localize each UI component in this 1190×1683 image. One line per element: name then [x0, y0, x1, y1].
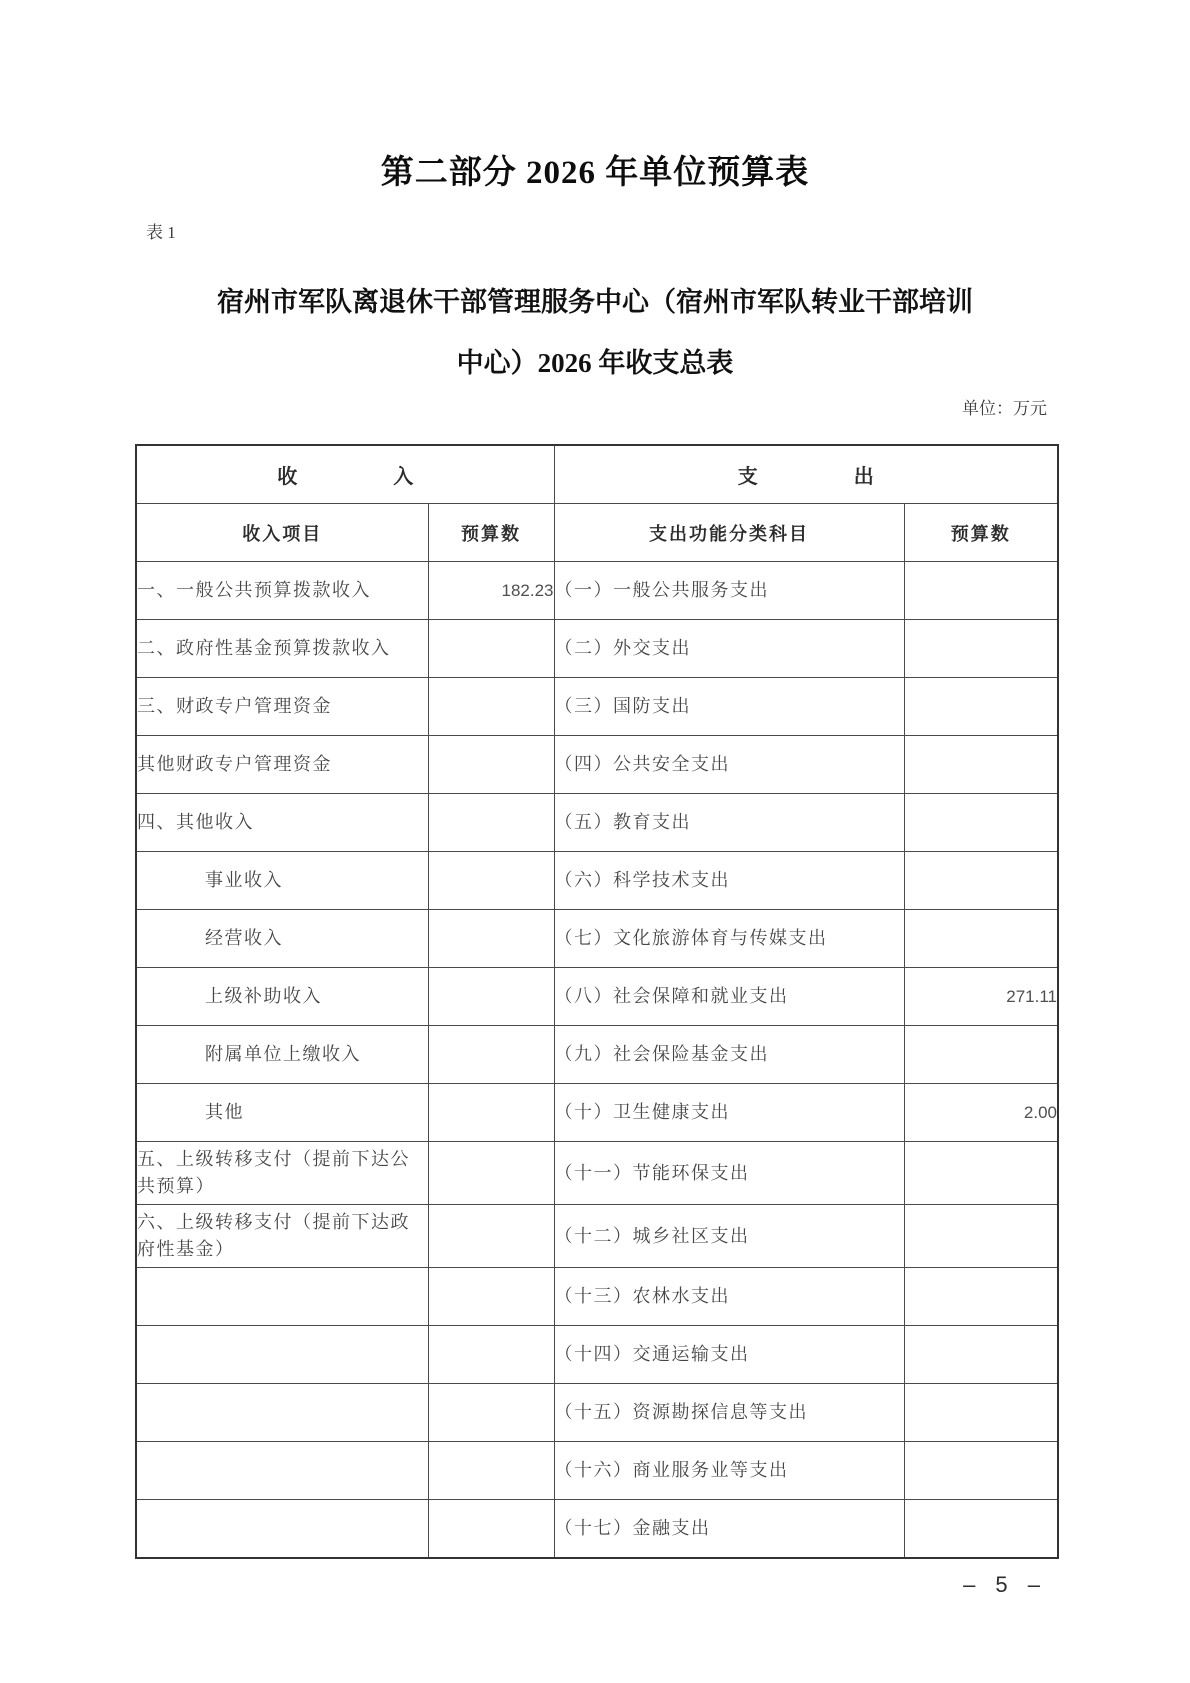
table-row: （十四）交通运输支出 [136, 1326, 1058, 1384]
table-row: 其他（十）卫生健康支出2.00 [136, 1084, 1058, 1142]
table-row: 五、上级转移支付（提前下达公共预算）（十一）节能环保支出 [136, 1142, 1058, 1205]
income-group-header-label: 收入 [277, 460, 509, 489]
expense-budget-cell [904, 678, 1058, 736]
table-title: 宿州市军队离退休干部管理服务中心（宿州市军队转业干部培训 中心）2026 年收支… [0, 272, 1190, 394]
col-header-expense-budget: 预算数 [904, 504, 1058, 562]
income-group-header: 收入 [136, 445, 554, 504]
table-row: （十五）资源勘探信息等支出 [136, 1384, 1058, 1442]
income-budget-cell [428, 620, 554, 678]
table-row: 上级补助收入（八）社会保障和就业支出271.11 [136, 968, 1058, 1026]
table-row: 二、政府性基金预算拨款收入（二）外交支出 [136, 620, 1058, 678]
income-item-cell [136, 1268, 428, 1326]
income-budget-cell [428, 1500, 554, 1558]
income-budget-cell: 182.23 [428, 562, 554, 620]
table-row: （十六）商业服务业等支出 [136, 1442, 1058, 1500]
expense-item-cell: （十二）城乡社区支出 [554, 1205, 904, 1268]
column-header-row: 收入项目 预算数 支出功能分类科目 预算数 [136, 504, 1058, 562]
table-row: 其他财政专户管理资金（四）公共安全支出 [136, 736, 1058, 794]
income-item-cell: 一、一般公共预算拨款收入 [136, 562, 428, 620]
income-item-cell [136, 1442, 428, 1500]
expense-item-cell: （十六）商业服务业等支出 [554, 1442, 904, 1500]
expense-item-cell: （二）外交支出 [554, 620, 904, 678]
expense-item-cell: （五）教育支出 [554, 794, 904, 852]
expense-budget-cell [904, 1384, 1058, 1442]
income-item-cell [136, 1326, 428, 1384]
expense-item-cell: （六）科学技术支出 [554, 852, 904, 910]
col-header-income-item: 收入项目 [136, 504, 428, 562]
expense-budget-cell [904, 736, 1058, 794]
expense-item-cell: （一）一般公共服务支出 [554, 562, 904, 620]
table-title-line1: 宿州市军队离退休干部管理服务中心（宿州市军队转业干部培训 [0, 272, 1190, 333]
income-item-cell: 六、上级转移支付（提前下达政府性基金） [136, 1205, 428, 1268]
income-budget-cell [428, 1442, 554, 1500]
table-row: 四、其他收入（五）教育支出 [136, 794, 1058, 852]
expense-budget-cell [904, 1026, 1058, 1084]
expense-budget-cell [904, 1205, 1058, 1268]
income-item-cell: 四、其他收入 [136, 794, 428, 852]
income-item-cell: 其他财政专户管理资金 [136, 736, 428, 794]
expense-budget-cell [904, 852, 1058, 910]
income-item-cell: 二、政府性基金预算拨款收入 [136, 620, 428, 678]
table-row: （十七）金融支出 [136, 1500, 1058, 1558]
expense-item-cell: （十五）资源勘探信息等支出 [554, 1384, 904, 1442]
page-number: – 5 – [963, 1572, 1040, 1598]
expense-budget-cell: 2.00 [904, 1084, 1058, 1142]
expense-item-cell: （四）公共安全支出 [554, 736, 904, 794]
income-item-cell [136, 1500, 428, 1558]
expense-item-cell: （十四）交通运输支出 [554, 1326, 904, 1384]
unit-note: 单位：万元 [135, 394, 1047, 419]
table-row: 事业收入（六）科学技术支出 [136, 852, 1058, 910]
expense-budget-cell [904, 620, 1058, 678]
expense-budget-cell [904, 910, 1058, 968]
expense-budget-cell [904, 562, 1058, 620]
income-budget-cell [428, 794, 554, 852]
income-budget-cell [428, 678, 554, 736]
income-budget-cell [428, 968, 554, 1026]
income-item-cell: 其他 [136, 1084, 428, 1142]
expense-budget-cell [904, 1500, 1058, 1558]
expense-item-cell: （七）文化旅游体育与传媒支出 [554, 910, 904, 968]
expense-budget-cell [904, 1142, 1058, 1205]
col-header-income-budget: 预算数 [428, 504, 554, 562]
income-item-cell: 上级补助收入 [136, 968, 428, 1026]
table-row: 经营收入（七）文化旅游体育与传媒支出 [136, 910, 1058, 968]
budget-summary-table: 收入 支出 收入项目 预算数 支出功能分类科目 预算数 一、一般公共预算拨款收入… [135, 444, 1059, 1559]
income-budget-cell [428, 910, 554, 968]
expense-budget-cell [904, 1442, 1058, 1500]
income-budget-cell [428, 1384, 554, 1442]
document-page: 第二部分 2026 年单位预算表 表 1 宿州市军队离退休干部管理服务中心（宿州… [0, 0, 1190, 1683]
expense-budget-cell [904, 1268, 1058, 1326]
expense-budget-cell [904, 1326, 1058, 1384]
group-header-row: 收入 支出 [136, 445, 1058, 504]
table-title-line2: 中心）2026 年收支总表 [0, 333, 1190, 394]
income-budget-cell [428, 1205, 554, 1268]
income-item-cell: 经营收入 [136, 910, 428, 968]
expense-group-header-label: 支出 [738, 460, 970, 489]
section-title: 第二部分 2026 年单位预算表 [0, 146, 1190, 193]
expense-item-cell: （三）国防支出 [554, 678, 904, 736]
table-row: 三、财政专户管理资金（三）国防支出 [136, 678, 1058, 736]
income-item-cell: 三、财政专户管理资金 [136, 678, 428, 736]
income-item-cell: 附属单位上缴收入 [136, 1026, 428, 1084]
income-budget-cell [428, 1326, 554, 1384]
expense-item-cell: （十一）节能环保支出 [554, 1142, 904, 1205]
expense-group-header: 支出 [554, 445, 1058, 504]
expense-item-cell: （十七）金融支出 [554, 1500, 904, 1558]
expense-item-cell: （八）社会保障和就业支出 [554, 968, 904, 1026]
table-row: 一、一般公共预算拨款收入182.23（一）一般公共服务支出 [136, 562, 1058, 620]
table-number-label: 表 1 [146, 218, 176, 243]
income-budget-cell [428, 1268, 554, 1326]
expense-item-cell: （十）卫生健康支出 [554, 1084, 904, 1142]
col-header-expense-item: 支出功能分类科目 [554, 504, 904, 562]
income-item-cell [136, 1384, 428, 1442]
income-budget-cell [428, 1026, 554, 1084]
income-item-cell: 五、上级转移支付（提前下达公共预算） [136, 1142, 428, 1205]
table-row: 六、上级转移支付（提前下达政府性基金）（十二）城乡社区支出 [136, 1205, 1058, 1268]
income-budget-cell [428, 736, 554, 794]
expense-budget-cell: 271.11 [904, 968, 1058, 1026]
table-row: （十三）农林水支出 [136, 1268, 1058, 1326]
expense-budget-cell [904, 794, 1058, 852]
income-budget-cell [428, 852, 554, 910]
table-row: 附属单位上缴收入（九）社会保险基金支出 [136, 1026, 1058, 1084]
expense-item-cell: （九）社会保险基金支出 [554, 1026, 904, 1084]
income-item-cell: 事业收入 [136, 852, 428, 910]
expense-item-cell: （十三）农林水支出 [554, 1268, 904, 1326]
income-budget-cell [428, 1084, 554, 1142]
income-budget-cell [428, 1142, 554, 1205]
